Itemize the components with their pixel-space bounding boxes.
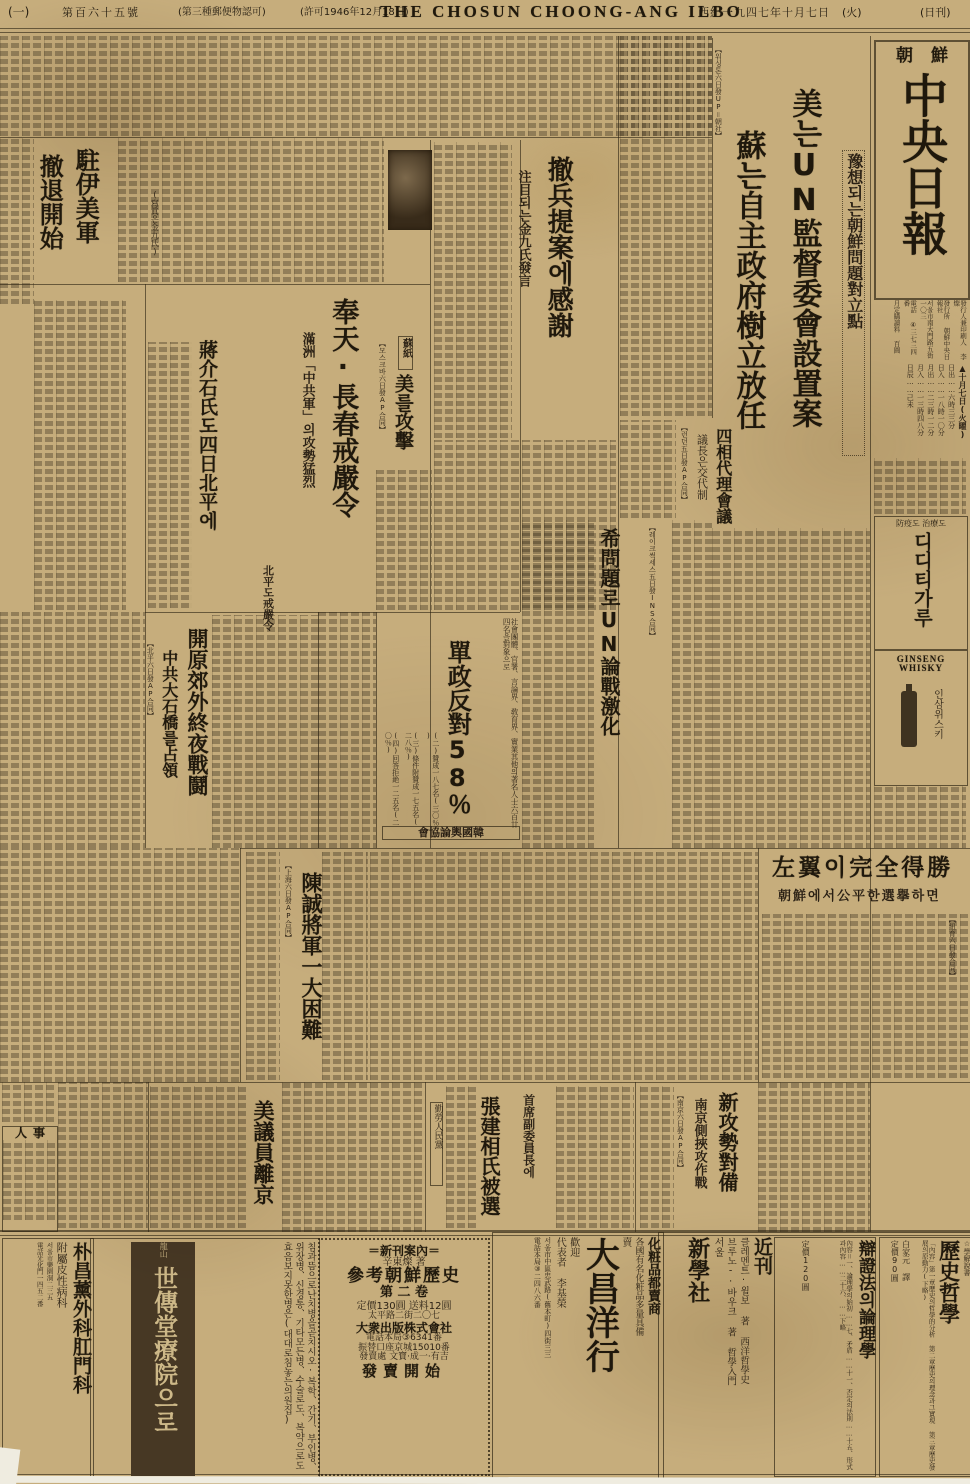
survey-headline: 單政反對58％ (444, 640, 469, 830)
daechang-address: 서울市中區忠武路(舊本町)四街三三 (543, 1237, 550, 1477)
publisher-line: 電話 ④三七三四番 (903, 300, 917, 360)
rule (145, 612, 520, 613)
text-block (712, 528, 870, 848)
ddt-powder-ad: 防疫도 治療도 디디티가루 (874, 516, 968, 650)
newspaper-page: (一) 第百六十五號 (第三種郵便物認可) (許可1946年12月18日) TH… (0, 0, 970, 1484)
text-block (318, 612, 376, 848)
text-block (370, 852, 758, 1080)
daechang-phone: 電話本局③二四八六番 (533, 1237, 540, 1477)
leftwing-headline: 左翼이完全得勝 (772, 856, 953, 880)
history-ad-sellers: 發賣處 文寶·成一·有吉 (320, 1353, 488, 1362)
text-block (640, 1086, 674, 1228)
soviet-press-dateline: 【모스크바六日發AP合同】 (378, 340, 385, 466)
withdrawal-subhead: 注目되는金九氏發言 (516, 170, 530, 400)
leftwing-subhead: 朝鮮에서公平한選擧하면 (778, 890, 941, 904)
soviet-press-headline: 美를攻擊 (392, 374, 412, 484)
kaiyuan-headline: 開原郊外終夜戰鬪 (186, 628, 208, 858)
ddt-ad-product: 디디티가루 (911, 532, 931, 637)
dialectic-price: 定價120圓 (801, 1240, 809, 1474)
text-block (0, 36, 712, 136)
daechang-sell: 賣 (619, 1237, 630, 1477)
daechang-name: 大昌洋行 (581, 1237, 617, 1477)
sejon-ad-nameplate: 龍山 世傳堂療院으로 (131, 1242, 195, 1476)
shinhak-publisher: 新學社 (686, 1237, 709, 1477)
histphil-contents: 「內容」第一章歷史의哲學的分析 第二章歷史의理念과그實現 第三章歷史發展의原動力… (913, 1240, 935, 1474)
shinhak-line1: 클레멘트·윌보 著 西洋哲學史 (738, 1237, 748, 1477)
text-block (322, 852, 368, 1080)
scan-edge (0, 1476, 970, 1484)
chiang-subhead: 北平도戒嚴令 (262, 565, 274, 680)
text-block (446, 1086, 476, 1228)
shinhak-line2: 브루노-·바우크 著 哲學入門 (725, 1237, 735, 1477)
congressmen-headline: 美議員離京 (252, 1100, 274, 1220)
dialectic-title: 辯證法의論理學 (855, 1240, 873, 1474)
daechang-subline: 各國有名化粧品多量具備 (633, 1237, 642, 1477)
postal-permit: (第三種郵便物認可) (178, 8, 266, 19)
text-block (762, 914, 968, 1078)
histphil-title: 歷史哲學 (938, 1240, 960, 1474)
issue-number: 第百六十五號 (62, 7, 140, 19)
sejon-ad-district: 龍山 (159, 1242, 167, 1266)
histphil-price: 定價90圓 (890, 1240, 898, 1474)
publisher-line: 發行所 朝鮮中央日報社 (936, 300, 950, 360)
history-ad-note: 發賣開始 (320, 1364, 488, 1380)
column-rule (425, 1082, 426, 1232)
ginseng-brand-line2: WHISKY (875, 664, 967, 673)
text-block (150, 1086, 246, 1228)
text-block (0, 138, 34, 304)
text-block (620, 420, 676, 518)
history-ad-volume: 第 二 卷 (320, 1286, 488, 1300)
survey-credit: 會協論輿國韓 (382, 826, 520, 840)
ddt-ad-header: 防疫도 治療도 (875, 520, 967, 528)
text-block (58, 1082, 148, 1228)
rule (0, 284, 430, 285)
text-block (3, 1140, 57, 1220)
masthead-title-top: 朝鮮 (876, 48, 968, 66)
four-ministers-subhead: 議長은交代制 (696, 434, 708, 520)
weekday: (火) (842, 7, 862, 19)
sejon-ad-name: 世傳堂療院으로 (150, 1266, 175, 1461)
text-block (758, 1082, 870, 1232)
survey-lead: 社會團體、官署、言論界、敎育界、實業其他의著名人士六百廿四名을對象으로 (490, 618, 518, 833)
text-block (282, 1082, 425, 1232)
almanac-item: 日辰……己未 (906, 364, 913, 456)
column-rule (758, 848, 759, 1082)
shinhak-city: 서울 (712, 1237, 723, 1477)
whisky-bottle-icon (901, 691, 917, 747)
masthead-title-main: 中央日報 (898, 72, 946, 272)
publisher-line: 發行人兼印刷人 李燦 (952, 300, 966, 360)
column-rule (240, 848, 241, 1082)
publisher-line: 月定購讀料 百圓 (893, 300, 900, 360)
lead-headline-2: 蘇는自主政府樹立放任 (732, 130, 764, 530)
text-block (376, 470, 432, 610)
chen-headline: 陳誠將軍一大困難 (300, 872, 322, 1082)
kaiyuan-subhead: 中共大石橋를占領 (160, 650, 177, 850)
park-ad-phone: 電話光化門一四五二番 (36, 1242, 43, 1476)
sejon-ad-body: 침과뜸으로난치병을곧치시오·복학、간기、부인병、위장병、신경통、기타모든병、수술… (198, 1242, 316, 1476)
soviet-press-label: 蘇紙 (398, 336, 413, 370)
chiang-headline: 蔣介石氏도四日北平에 (196, 340, 216, 590)
chang-headline: 張建相氏被選 (478, 1096, 499, 1226)
four-ministers-headline: 四相代理會議 (714, 428, 731, 528)
history-ad-tag: ＝新刊案內＝ (320, 1245, 488, 1258)
italy-headline-2: 撤退開始 (36, 154, 61, 304)
italy-headline-1: 駐伊美軍 (72, 148, 97, 298)
leftwing-dateline: 【紐育六日發合同】 (948, 916, 955, 1046)
rule (240, 848, 970, 849)
chen-dateline: 【上海六日發AP合同】 (284, 862, 291, 992)
history-philosophy-book: ☆學解說書 歷史哲學 「內容」第一章歷史의哲學的分析 第二章歷史의理念과그實現 … (879, 1237, 970, 1477)
survey-stat: (二)贊成一八七名(三〇％) (424, 732, 439, 828)
histphil-kicker: ☆學解說書 (963, 1240, 970, 1474)
shinhak-new-titles: 近刊 클레멘트·윌보 著 西洋哲學史 브루노-·바우크 著 哲學入門 서울 新學… (663, 1237, 771, 1477)
rule (0, 28, 970, 29)
column-rule (870, 36, 871, 1232)
personnel-headline: 人事 (3, 1127, 57, 1140)
column-rule (635, 1082, 636, 1232)
mukden-headline: 奉天·長春戒嚴令 (328, 298, 356, 598)
masthead-logo-box: 朝鮮 中央日報 (874, 40, 970, 300)
lead-headline-1: 美는UN監督委會設置案 (788, 88, 820, 428)
park-ad-title: 朴昌薰外科肛門科 (70, 1242, 90, 1476)
column-rule (318, 612, 319, 848)
almanac-title: ▲十月七日(火曜) (958, 364, 966, 456)
dialectic-logic-book: 辯證法의論理學 內容＝一、論理學의始初……七、矛盾……十一、否定의法則……十五、… (774, 1237, 876, 1477)
four-ministers-dateline: 【런던五日發AP合同】 (680, 424, 687, 516)
almanac: ▲十月七日(火曜) 日出……六時三三分 日入……一八時一〇分 月出……二三時一二… (874, 364, 966, 456)
greece-dateline: 【레이크썩세스五日發INS合同】 (648, 524, 655, 694)
text-block (874, 458, 966, 514)
ginseng-side-text: 인삼위스키 (931, 689, 942, 769)
histphil-translator: 白家元 譯 (901, 1240, 909, 1474)
almanac-item: 月出……二三時一二分 (927, 364, 934, 456)
photo-caption: (寫眞은金九氏) (150, 190, 158, 295)
daechang-ad: 化粧品都賣商 各國有名化粧品多量具備 賣 大昌洋行 歡迎 代表者 李基榮 서울市… (492, 1232, 664, 1482)
column-rule (376, 612, 377, 848)
text-block (0, 612, 145, 848)
chang-kicker: 首席副委員長에 (522, 1094, 535, 1214)
date-line: 西紀一九四七年十月七日 (698, 7, 830, 19)
park-clinic-ad: 朴昌薰外科肛門科 附屬皮性病科 서울市樂園洞二三五 電話光化門一四五二番 (2, 1238, 94, 1480)
withdrawal-headline: 撤兵提案에感謝 (544, 156, 571, 436)
offensive-dateline: 【南京六日發AP合同】 (676, 1092, 683, 1218)
park-ad-address: 서울市樂園洞二三五 (46, 1242, 53, 1476)
sejon-clinic-ad: 침과뜸으로난치병을곧치시오·복학、간기、부인병、위장병、신경통、기타모든병、수술… (90, 1238, 320, 1480)
almanac-item: 日出……六時三三分 (947, 364, 954, 456)
text-block (2, 1082, 56, 1122)
text-block (246, 852, 280, 1080)
masthead-english: THE CHOSUN CHOONG-ANG ILBO (380, 3, 743, 21)
chang-party-label: 勤勞人民黨 (430, 1102, 443, 1186)
daechang-greet: 歡迎 (567, 1237, 578, 1477)
shinhak-tag: 近刊 (751, 1237, 771, 1477)
offensive-subhead: 南京側挾攻作戰 (692, 1098, 706, 1218)
text-block (434, 142, 512, 438)
dialectic-contents: 內容＝一、論理學의始初……七、矛盾……十一、否定의法則……十五、形式과內容……二… (812, 1240, 852, 1474)
text-block (556, 1086, 634, 1228)
text-block (672, 520, 712, 848)
text-block (620, 36, 712, 416)
shinhak-ad: ☆學解說書 歷史哲學 「內容」第一章歷史의哲學的分析 第二章歷史의理念과그實現 … (658, 1232, 970, 1482)
rule (0, 1082, 970, 1083)
greece-headline: 希問題로UN論戰激化 (598, 528, 619, 788)
personnel-box: 人事 (2, 1126, 58, 1232)
survey-stat: (三)條件附贊成一七五名(二八％) (404, 732, 419, 828)
daechang-rep: 代表者 李基榮 (554, 1237, 565, 1477)
daechang-category: 化粧品都賣商 (645, 1237, 659, 1477)
lead-kicker: 豫想되는朝鮮問題對立點 (842, 150, 865, 456)
history-book-ad: ＝新刊案內＝ 辛東燦 著 參考朝鮮歷史 第 二 卷 定價130圓 送料12圓 太… (318, 1238, 490, 1476)
kaiyuan-dateline: 【北平六日發AP合同】 (146, 640, 153, 770)
rule (0, 32, 970, 33)
offensive-headline: 新攻勢對備 (716, 1092, 737, 1202)
lead-dateline: 【워싱톤六日發UP＝朝社】 (714, 46, 721, 206)
publisher-line: 서울市南大門路五街一〇三 (919, 300, 933, 360)
almanac-item: 日入……一八時一〇分 (937, 364, 944, 456)
page-number: (一) (8, 6, 29, 19)
ginseng-whisky-ad: GINSENG WHISKY 인삼위스키 (874, 650, 968, 786)
publisher-info: 發行人兼印刷人 李燦 發行所 朝鮮中央日報社 서울市南大門路五街一〇三 電話 ④… (874, 300, 966, 360)
text-block (34, 300, 126, 610)
column-rule (712, 38, 713, 418)
history-ad-title: 參考朝鮮歷史 (320, 1268, 488, 1286)
mukden-subhead: 滿洲「中共軍」의攻勢猛烈 (300, 332, 314, 602)
daily-label: (日刊) (920, 7, 951, 19)
survey-stat: (四)回答拒絶一二五名(二〇％) (384, 732, 399, 828)
text-block (522, 520, 594, 848)
almanac-item: 月入……一三時四八分 (916, 364, 923, 456)
text-block (874, 786, 966, 848)
text-block (148, 342, 192, 608)
text-block (0, 848, 240, 1082)
kim-koo-photo (388, 150, 432, 230)
park-ad-subtitle: 附屬皮性病科 (56, 1242, 68, 1476)
column-rule (148, 1082, 149, 1232)
rule (0, 137, 712, 138)
